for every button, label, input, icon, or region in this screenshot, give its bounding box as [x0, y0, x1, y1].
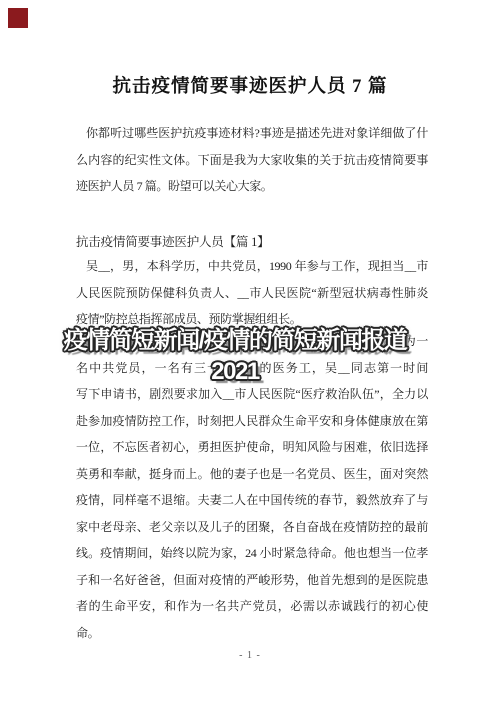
text-line: 子和一名好爸爸，但面对疫情的严峻形势，他首先想到的是医院患 — [76, 567, 428, 594]
paragraph-profile: 吴__，男，本科学历，中共党员，1990 年参与工作，现担当__市人民医院预防保… — [76, 253, 428, 333]
intro-paragraph: 你都听过哪些医护抗疫事迹材料?事迹是描述先进对象详细做了什么内容的纪实性文体。下… — [76, 120, 428, 200]
watermark-title-line1: 疫情简短新闻/疫情的简短新闻报道 — [0, 325, 470, 356]
text-line: 么内容的纪实性文体。下面是我为大家收集的关于抗击疫情简要事 — [76, 147, 428, 174]
text-line: 英勇和奉献，挺身而上。他的妻子也是一名党员、医生，面对突然 — [76, 461, 428, 488]
section-heading: 抗击疫情简要事迹医护人员【篇 1】 — [76, 229, 428, 256]
page-number: - 1 - — [0, 650, 500, 661]
text-line: 命。 — [76, 620, 428, 647]
text-line: 疫情，同样毫不退缩。夫妻二人在中国传统的春节，毅然放弃了与 — [76, 487, 428, 514]
text-line: 家中老母亲、老父亲以及儿子的团聚，各自奋战在疫情防控的最前 — [76, 514, 428, 541]
watermark-title: 疫情简短新闻/疫情的简短新闻报道 2021 — [0, 325, 470, 387]
text-line: 者的生命平安，和作为一名共产党员，必需以赤诚践行的初心使 — [76, 593, 428, 620]
document-title: 抗击疫情简要事迹医护人员 7 篇 — [0, 72, 500, 98]
document-page: 抗击疫情简要事迹医护人员 7 篇 你都听过哪些医护抗疫事迹材料?事迹是描述先进对… — [0, 0, 500, 706]
text-line: 迹医护人员 7 篇。盼望可以关心大家。 — [76, 173, 428, 200]
watermark-title-line2: 2021 — [0, 356, 470, 387]
text-line: 你都听过哪些医护抗疫事迹材料?事迹是描述先进对象详细做了什 — [76, 120, 428, 147]
text-line: 人民医院预防保健科负责人、__市人民医院“新型冠状病毒性肺炎 — [76, 280, 428, 307]
text-line: 一位，不忘医者初心，勇担医护使命，明知风险与困难，依旧选择 — [76, 434, 428, 461]
text-line: 线。疫情期间，始终以院为家，24 小时紧急待命。他也想当一位孝 — [76, 540, 428, 567]
text-line: 吴__，男，本科学历，中共党员，1990 年参与工作，现担当__市 — [76, 253, 428, 280]
brand-mark — [8, 8, 28, 28]
text-line: 赴参加疫情防控工作，时刻把人民群众生命平安和身体健康放在第 — [76, 408, 428, 435]
